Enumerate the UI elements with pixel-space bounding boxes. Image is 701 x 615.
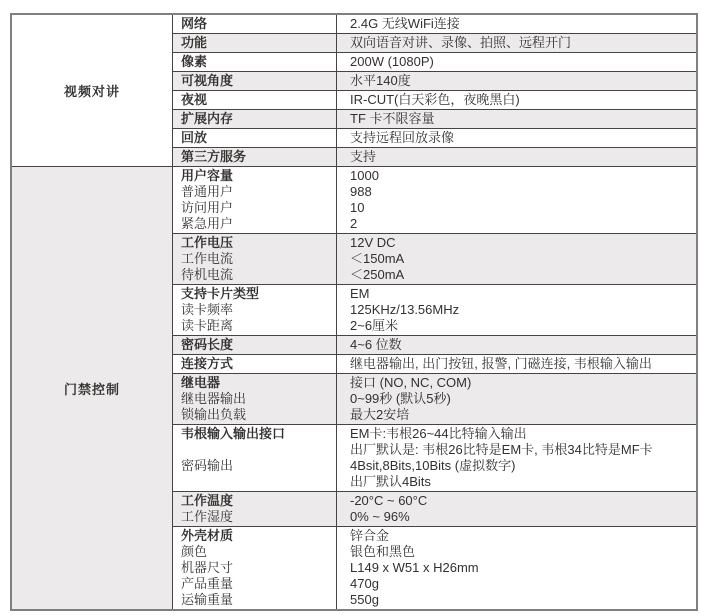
spec-label: 像素: [181, 54, 332, 70]
spec-value: 继电器输出, 出门按钮, 报警, 门磁连接, 韦根输入输出: [350, 356, 692, 372]
table-row: 可视角度水平140度: [173, 71, 696, 90]
spec-label: 支持卡片类型: [181, 286, 332, 302]
spec-label-cell: 第三方服务: [173, 148, 337, 166]
spec-value: 988: [350, 184, 692, 200]
spec-label: 机器尺寸: [181, 560, 332, 576]
table-row: 密码长度4~6 位数: [173, 335, 696, 354]
spec-label: 扩展内存: [181, 111, 332, 127]
spec-value: 2.4G 无线WiFi连接: [350, 16, 692, 32]
spec-label: 紧急用户: [181, 216, 332, 232]
table-row: 继电器继电器输出锁输出负载接口 (NO, NC, COM)0~99秒 (默认5秒…: [173, 373, 696, 424]
spec-value: 接口 (NO, NC, COM): [350, 375, 692, 391]
table-row: 工作电压工作电流待机电流12V DC＜150mA＜250mA: [173, 233, 696, 284]
spec-value: 470g: [350, 576, 692, 592]
spec-value-cell: TF 卡不限容量: [337, 110, 696, 128]
spec-label: [181, 474, 332, 490]
spec-label: 密码输出: [181, 458, 332, 474]
spec-value-cell: 1000988102: [337, 167, 696, 233]
spec-label-cell: 像素: [173, 53, 337, 71]
spec-value: 2~6厘米: [350, 318, 692, 334]
spec-label: 夜视: [181, 92, 332, 108]
spec-value: 0% ~ 96%: [350, 509, 692, 525]
spec-value-cell: 支持: [337, 148, 696, 166]
spec-value-cell: 200W (1080P): [337, 53, 696, 71]
spec-value: 1000: [350, 168, 692, 184]
table-row: 夜视IR-CUT(白天彩色，夜晚黑白): [173, 90, 696, 109]
spec-value: 出厂默认4Bits: [350, 474, 692, 490]
spec-value: 0~99秒 (默认5秒): [350, 391, 692, 407]
spec-label-cell: 工作温度工作湿度: [173, 492, 337, 526]
spec-value-cell: EM卡:韦根26~44比特输入输出出厂默认是: 韦根26比特是EM卡, 韦根34…: [337, 425, 696, 491]
spec-value-cell: 支持远程回放录像: [337, 129, 696, 147]
spec-value: 支持: [350, 149, 692, 165]
spec-value: 锌合金: [350, 528, 692, 544]
spec-label: 产品重量: [181, 576, 332, 592]
spec-label: 工作温度: [181, 493, 332, 509]
spec-label-cell: 韦根输入输出接口 密码输出: [173, 425, 337, 491]
spec-value: -20°C ~ 60°C: [350, 493, 692, 509]
spec-label-cell: 支持卡片类型读卡频率读卡距离: [173, 285, 337, 335]
section-rows: 网络2.4G 无线WiFi连接功能双向语音对讲、录像、拍照、远程开门像素200W…: [173, 15, 696, 166]
spec-value-cell: 接口 (NO, NC, COM)0~99秒 (默认5秒)最大2安培: [337, 374, 696, 424]
spec-label: 待机电流: [181, 267, 332, 283]
section-access-control: 门禁控制 用户容量普通用户访问用户紧急用户1000988102工作电压工作电流待…: [12, 166, 696, 609]
spec-value-cell: IR-CUT(白天彩色，夜晚黑白): [337, 91, 696, 109]
spec-label: 可视角度: [181, 73, 332, 89]
spec-value-cell: 继电器输出, 出门按钮, 报警, 门磁连接, 韦根输入输出: [337, 355, 696, 373]
spec-value: 125KHz/13.56MHz: [350, 302, 692, 318]
spec-value: 最大2安培: [350, 407, 692, 423]
category-cell-video-intercom: 视频对讲: [12, 15, 173, 166]
table-row: 外壳材质颜色机器尺寸产品重量运输重量锌合金银色和黑色L149 x W51 x H…: [173, 526, 696, 609]
spec-label: 读卡距离: [181, 318, 332, 334]
category-label: 门禁控制: [64, 379, 120, 398]
category-cell-access-control: 门禁控制: [12, 167, 173, 609]
spec-label: 用户容量: [181, 168, 332, 184]
spec-value: 12V DC: [350, 235, 692, 251]
spec-label: 颜色: [181, 544, 332, 560]
spec-value: 双向语音对讲、录像、拍照、远程开门: [350, 35, 692, 51]
spec-value: 出厂默认是: 韦根26比特是EM卡, 韦根34比特是MF卡: [350, 442, 692, 458]
spec-label: 运输重量: [181, 592, 332, 608]
table-row: 像素200W (1080P): [173, 52, 696, 71]
spec-label-cell: 回放: [173, 129, 337, 147]
spec-value: 4Bsit,8Bits,10Bits (虚拟数字): [350, 458, 692, 474]
page: 视频对讲 网络2.4G 无线WiFi连接功能双向语音对讲、录像、拍照、远程开门像…: [0, 0, 701, 615]
spec-value: IR-CUT(白天彩色，夜晚黑白): [350, 92, 692, 108]
spec-label-cell: 继电器继电器输出锁输出负载: [173, 374, 337, 424]
spec-label: 网络: [181, 16, 332, 32]
spec-label-cell: 功能: [173, 34, 337, 52]
spec-label-cell: 可视角度: [173, 72, 337, 90]
spec-value: 200W (1080P): [350, 54, 692, 70]
spec-label: 密码长度: [181, 337, 332, 353]
spec-label: 连接方式: [181, 356, 332, 372]
spec-label-cell: 扩展内存: [173, 110, 337, 128]
spec-label: 第三方服务: [181, 149, 332, 165]
spec-value: EM卡:韦根26~44比特输入输出: [350, 426, 692, 442]
spec-value-cell: 12V DC＜150mA＜250mA: [337, 234, 696, 284]
section-rows: 用户容量普通用户访问用户紧急用户1000988102工作电压工作电流待机电流12…: [173, 167, 696, 609]
spec-label-cell: 网络: [173, 15, 337, 33]
table-row: 韦根输入输出接口 密码输出 EM卡:韦根26~44比特输入输出出厂默认是: 韦根…: [173, 424, 696, 491]
section-video-intercom: 视频对讲 网络2.4G 无线WiFi连接功能双向语音对讲、录像、拍照、远程开门像…: [12, 15, 696, 166]
table-row: 回放支持远程回放录像: [173, 128, 696, 147]
spec-value-cell: 4~6 位数: [337, 336, 696, 354]
spec-label: 工作湿度: [181, 509, 332, 525]
spec-value: 银色和黑色: [350, 544, 692, 560]
table-row: 网络2.4G 无线WiFi连接: [173, 15, 696, 33]
table-row: 第三方服务支持: [173, 147, 696, 166]
spec-value: 水平140度: [350, 73, 692, 89]
table-row: 工作温度工作湿度-20°C ~ 60°C0% ~ 96%: [173, 491, 696, 526]
spec-label-cell: 工作电压工作电流待机电流: [173, 234, 337, 284]
spec-value: TF 卡不限容量: [350, 111, 692, 127]
spec-value-cell: 锌合金银色和黑色L149 x W51 x H26mm470g550g: [337, 527, 696, 609]
spec-label: [181, 442, 332, 458]
spec-value-cell: EM125KHz/13.56MHz2~6厘米: [337, 285, 696, 335]
table-row: 支持卡片类型读卡频率读卡距离EM125KHz/13.56MHz2~6厘米: [173, 284, 696, 335]
spec-value-cell: 2.4G 无线WiFi连接: [337, 15, 696, 33]
spec-label: 继电器: [181, 375, 332, 391]
spec-value: 2: [350, 216, 692, 232]
spec-table: 视频对讲 网络2.4G 无线WiFi连接功能双向语音对讲、录像、拍照、远程开门像…: [10, 13, 698, 611]
spec-value: 支持远程回放录像: [350, 130, 692, 146]
table-row: 用户容量普通用户访问用户紧急用户1000988102: [173, 167, 696, 233]
spec-label: 工作电流: [181, 251, 332, 267]
table-row: 扩展内存TF 卡不限容量: [173, 109, 696, 128]
spec-value: ＜150mA: [350, 251, 692, 267]
spec-label: 韦根输入输出接口: [181, 426, 332, 442]
spec-value-cell: 水平140度: [337, 72, 696, 90]
spec-label: 锁输出负载: [181, 407, 332, 423]
spec-value-cell: -20°C ~ 60°C0% ~ 96%: [337, 492, 696, 526]
spec-label-cell: 夜视: [173, 91, 337, 109]
spec-label-cell: 外壳材质颜色机器尺寸产品重量运输重量: [173, 527, 337, 609]
spec-value: 10: [350, 200, 692, 216]
spec-label: 外壳材质: [181, 528, 332, 544]
spec-value: ＜250mA: [350, 267, 692, 283]
spec-label-cell: 密码长度: [173, 336, 337, 354]
table-row: 连接方式继电器输出, 出门按钮, 报警, 门磁连接, 韦根输入输出: [173, 354, 696, 373]
spec-label: 回放: [181, 130, 332, 146]
spec-value: EM: [350, 286, 692, 302]
spec-label-cell: 连接方式: [173, 355, 337, 373]
spec-value: L149 x W51 x H26mm: [350, 560, 692, 576]
spec-label: 功能: [181, 35, 332, 51]
spec-value: 4~6 位数: [350, 337, 692, 353]
spec-label: 读卡频率: [181, 302, 332, 318]
spec-label: 普通用户: [181, 184, 332, 200]
spec-value-cell: 双向语音对讲、录像、拍照、远程开门: [337, 34, 696, 52]
table-row: 功能双向语音对讲、录像、拍照、远程开门: [173, 33, 696, 52]
spec-label: 工作电压: [181, 235, 332, 251]
spec-label: 继电器输出: [181, 391, 332, 407]
spec-label: 访问用户: [181, 200, 332, 216]
spec-value: 550g: [350, 592, 692, 608]
category-label: 视频对讲: [64, 81, 120, 100]
spec-label-cell: 用户容量普通用户访问用户紧急用户: [173, 167, 337, 233]
